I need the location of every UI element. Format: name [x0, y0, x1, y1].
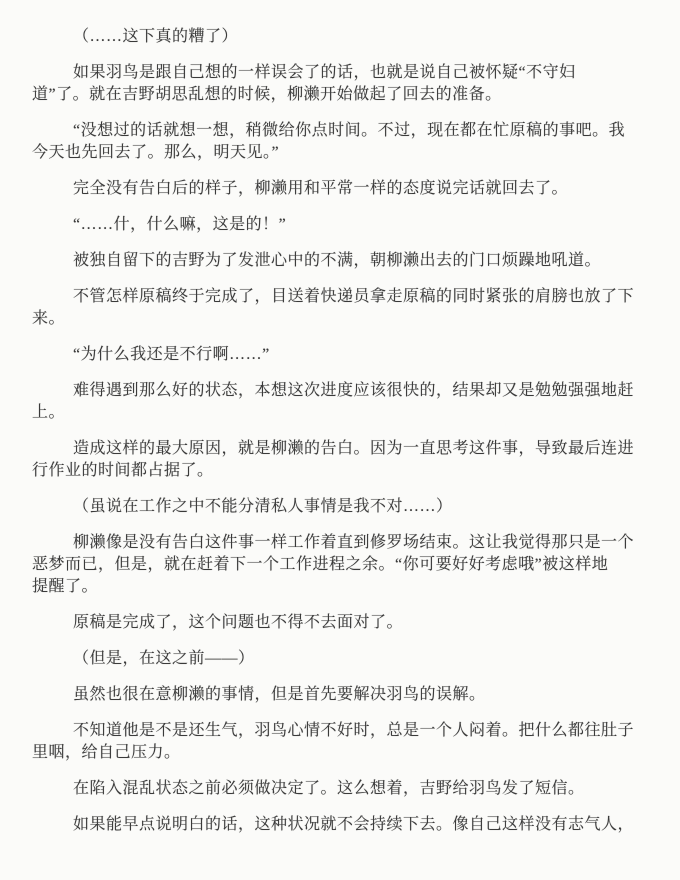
paragraph: 原稿是完成了，这个问题也不得不去面对了。 — [32, 612, 652, 634]
paragraph: 如果能早点说明白的话，这种状况就不会持续下去。像自己这样没有志气人， — [32, 814, 652, 836]
paragraph: “没想过的话就想一想，稍微给你点时间。不过，现在都在忙原稿的事吧。我 今天也先回… — [32, 120, 652, 164]
paragraph: 虽然也很在意柳濑的事情，但是首先要解决羽鸟的误解。 — [32, 684, 652, 706]
paragraph: 不知道他是不是还生气，羽鸟心情不好时，总是一个人闷着。把什么都往肚子 里咽，给自… — [32, 720, 652, 764]
scanned-page: （……这下真的糟了）如果羽鸟是跟自己想的一样误会了的话，也就是说自己被怀疑“不守… — [0, 0, 680, 880]
paragraph: 不管怎样原稿终于完成了，目送着快递员拿走原稿的同时紧张的肩膀也放了下 来。 — [32, 286, 652, 330]
paragraph: 难得遇到那么好的状态，本想这次进度应该很快的，结果却又是勉勉强强地赶 上。 — [32, 380, 652, 424]
paragraph: （但是，在这之前——） — [32, 648, 652, 670]
paragraph: （虽说在工作之中不能分清私人事情是我不对……） — [32, 496, 652, 518]
page-text: （……这下真的糟了）如果羽鸟是跟自己想的一样误会了的话，也就是说自己被怀疑“不守… — [32, 26, 652, 836]
paragraph: “……什，什么嘛，这是的！” — [32, 214, 652, 236]
paragraph: （……这下真的糟了） — [32, 26, 652, 48]
paragraph: “为什么我还是不行啊……” — [32, 344, 652, 366]
paragraph: 造成这样的最大原因，就是柳濑的告白。因为一直思考这件事，导致最后连进 行作业的时… — [32, 438, 652, 482]
paragraph: 在陷入混乱状态之前必须做决定了。这么想着，吉野给羽鸟发了短信。 — [32, 778, 652, 800]
paragraph: 被独自留下的吉野为了发泄心中的不满，朝柳濑出去的门口烦躁地吼道。 — [32, 250, 652, 272]
paragraph: 如果羽鸟是跟自己想的一样误会了的话，也就是说自己被怀疑“不守妇 道”了。就在吉野… — [32, 62, 652, 106]
paragraph: 完全没有告白后的样子，柳濑用和平常一样的态度说完话就回去了。 — [32, 178, 652, 200]
paragraph: 柳濑像是没有告白这件事一样工作着直到修罗场结束。这让我觉得那只是一个 恶梦而已，… — [32, 532, 652, 598]
